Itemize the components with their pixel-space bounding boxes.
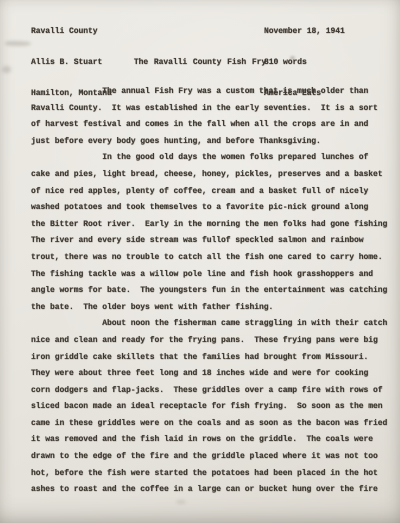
paper-stain-mark [176, 500, 186, 504]
document-body-text: The annual Fish Fry was a custom that is… [31, 84, 400, 499]
pencil-smudge-mark [2, 66, 11, 73]
document-title: The Ravalli County Fish Fry [0, 58, 400, 67]
scanned-manuscript-page: Ravalli County Allis B. Stuart Hamilton,… [0, 0, 400, 523]
pencil-smudge-mark [5, 41, 31, 46]
header-county: Ravalli County [31, 27, 112, 37]
header-date: November 18, 1941 [264, 27, 345, 37]
